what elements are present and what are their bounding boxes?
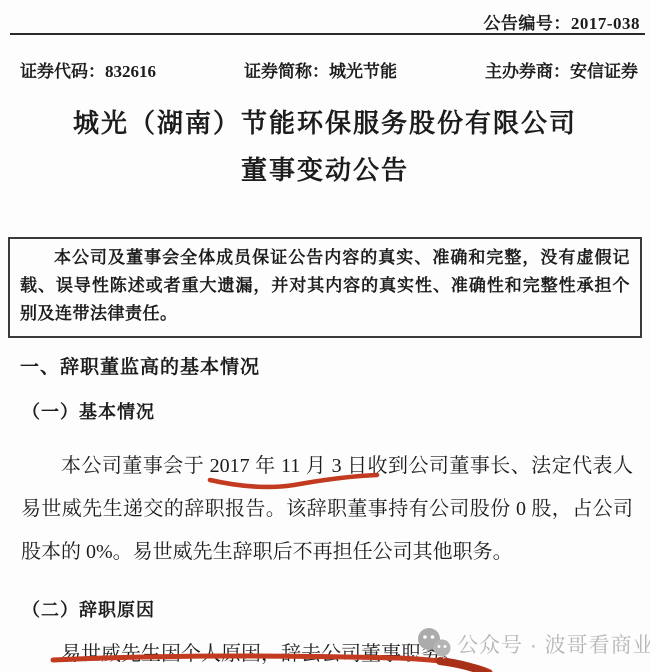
document-title-line1: 城光（湖南）节能环保服务股份有限公司 [0, 100, 650, 147]
broker: 主办券商：安信证券 [485, 57, 638, 82]
announcement-number: 公告编号：2017-038 [483, 9, 640, 34]
watermark-text: 公众号 · 波哥看商业 [457, 629, 650, 659]
wechat-icon [416, 627, 452, 661]
securities-code-value: 832616 [105, 62, 156, 81]
disclaimer-text: 本公司及董事会全体成员保证公告内容的真实、准确和完整，没有虚假记载、误导性陈述或… [20, 248, 630, 323]
securities-code-label: 证券代码： [20, 62, 105, 81]
securities-name-label: 证券简称： [244, 62, 329, 81]
disclaimer-box: 本公司及董事会全体成员保证公告内容的真实、准确和完整，没有虚假记载、误导性陈述或… [8, 237, 642, 338]
announcement-document-page: 公告编号：2017-038 证券代码：832616 证券简称：城光节能 主办券商… [0, 0, 650, 672]
watermark: 公众号 · 波哥看商业 [416, 627, 650, 661]
paragraph1-text-before: 本公司董事会于 [61, 455, 210, 477]
subsection-heading-resign-reason: （二）辞职原因 [22, 596, 155, 622]
broker-value: 安信证券 [570, 62, 638, 81]
highlighted-date: 2017 年 11 月 3 日 [210, 455, 368, 477]
paragraph-basic-info: 本公司董事会于 2017 年 11 月 3 日收到公司董事长、法定代表人易世威先… [21, 445, 633, 574]
securities-name: 证券简称：城光节能 [244, 57, 397, 82]
header-divider [10, 33, 645, 35]
securities-code: 证券代码：832616 [20, 57, 156, 82]
securities-info-row: 证券代码：832616 证券简称：城光节能 主办券商：安信证券 [20, 57, 638, 82]
section-heading-1: 一、辞职董监高的基本情况 [20, 352, 260, 379]
announcement-number-value: 2017-038 [571, 14, 640, 33]
document-title: 城光（湖南）节能环保服务股份有限公司 董事变动公告 [0, 100, 650, 194]
announcement-number-label: 公告编号： [483, 14, 571, 33]
securities-name-value: 城光节能 [329, 62, 397, 81]
document-title-line2: 董事变动公告 [0, 147, 650, 194]
broker-label: 主办券商： [485, 62, 570, 81]
subsection-heading-basic-info: （一）基本情况 [22, 398, 155, 424]
highlighted-date-text: 2017 年 11 月 3 日 [210, 455, 368, 477]
